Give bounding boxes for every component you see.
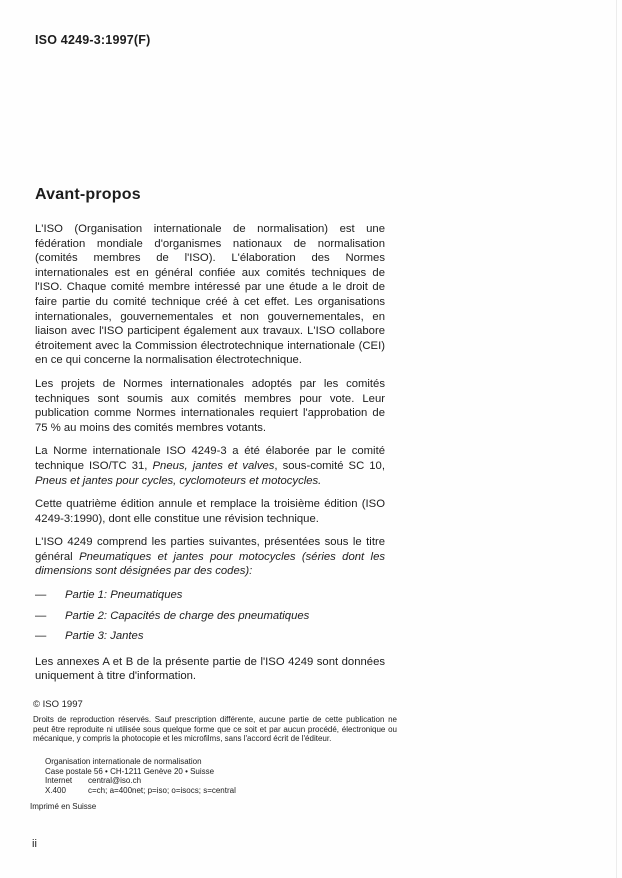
part-label: Partie 1: Pneumatiques [65,588,182,603]
em-dash: — [35,588,65,603]
reproduction-rights-text: Droits de reproduction réservés. Sauf pr… [33,715,397,744]
italic-committee-name: Pneus, jantes et valves [153,460,275,472]
parts-list: — Partie 1: Pneumatiques — Partie 2: Cap… [35,588,385,644]
text-run: , sous-comité SC 10, [274,460,385,472]
publisher-name: Organisation internationale de normalisa… [45,757,236,767]
internet-label: Internet [45,776,88,786]
paragraph-edition: Cette quatrième édition annule et rempla… [35,497,385,526]
foreword-body: L'ISO (Organisation internationale de no… [35,222,385,693]
paragraph-annexes: Les annexes A et B de la présente partie… [35,655,385,684]
part-label: Partie 2: Capacités de charge des pneuma… [65,609,309,624]
part-label: Partie 3: Jantes [65,629,144,644]
x400-value: c=ch; a=400net; p=iso; o=isocs; s=centra… [88,786,236,796]
document-reference: ISO 4249-3:1997(F) [35,33,150,47]
document-page: ISO 4249-3:1997(F) Avant-propos L'ISO (O… [0,0,622,878]
em-dash: — [35,609,65,624]
italic-series-title: Pneumatiques et jantes pour motocycles (… [35,551,385,578]
internet-email: central@iso.ch [88,776,141,786]
italic-subcommittee-name: Pneus et jantes pour cycles, cyclomoteur… [35,475,321,487]
x400-address-row: X.400 c=ch; a=400net; p=iso; o=isocs; s=… [45,786,236,796]
publisher-postal-address: Case postale 56 • CH-1211 Genève 20 • Su… [45,767,236,777]
internet-address-row: Internet central@iso.ch [45,776,236,786]
copyright-notice: © ISO 1997 [33,699,83,710]
paragraph-iso-federation: L'ISO (Organisation internationale de no… [35,222,385,368]
section-title: Avant-propos [35,186,141,204]
list-item-part1: — Partie 1: Pneumatiques [35,588,385,603]
paragraph-draft-standards: Les projets de Normes internationales ad… [35,377,385,435]
printed-in-notice: Imprimé en Suisse [30,802,96,811]
page-number: ii [32,838,37,850]
list-item-part3: — Partie 3: Jantes [35,629,385,644]
em-dash: — [35,629,65,644]
x400-label: X.400 [45,786,88,796]
paragraph-series-title: L'ISO 4249 comprend les parties suivante… [35,535,385,579]
publisher-address-block: Organisation internationale de normalisa… [45,757,236,796]
paragraph-committee: La Norme internationale ISO 4249-3 a été… [35,444,385,488]
scan-artifact-line [616,0,617,878]
list-item-part2: — Partie 2: Capacités de charge des pneu… [35,609,385,624]
